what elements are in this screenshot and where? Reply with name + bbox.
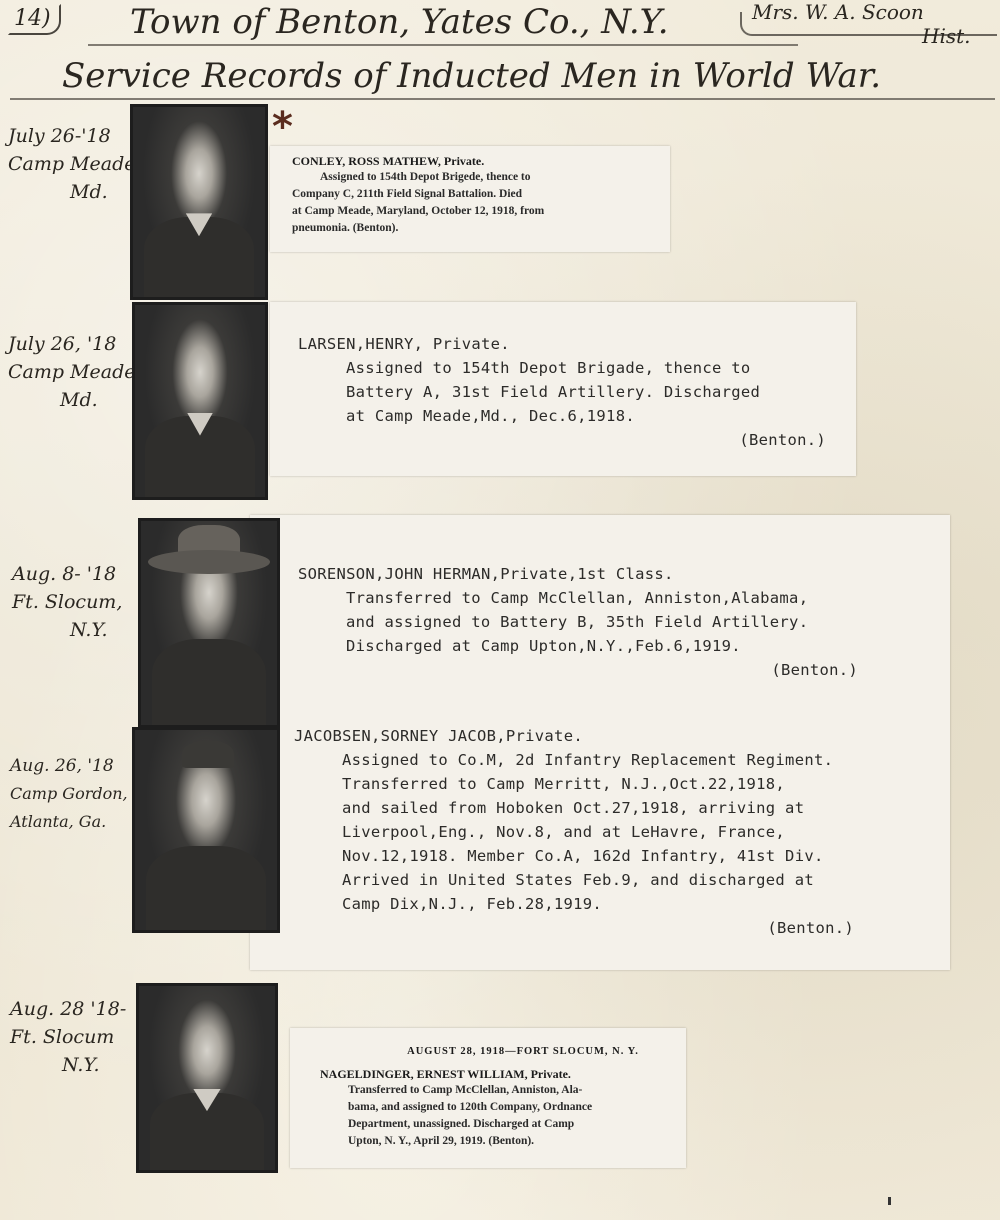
record-note-conley: July 26-'18 Camp Meade, Md. — [8, 122, 142, 206]
record-card-nageldinger: AUGUST 28, 1918—FORT SLOCUM, N. Y. NAGEL… — [290, 1028, 686, 1168]
note-camp: Ft. Slocum — [10, 1023, 126, 1051]
record-line: Assigned to 154th Depot Brigade, thence … — [298, 356, 856, 380]
record-name: JACOBSEN,SORNEY JACOB,Private. — [294, 724, 949, 748]
record-line: at Camp Meade,Md., Dec.6,1918. — [298, 404, 856, 428]
record-line: Transferred to Camp Merritt, N.J.,Oct.22… — [294, 772, 949, 796]
note-date: July 26, '18 — [8, 330, 142, 358]
record-line: Department, unassigned. Discharged at Ca… — [320, 1116, 686, 1133]
record-signature: (Benton.) — [294, 916, 949, 940]
note-date: Aug. 28 '18- — [10, 995, 126, 1023]
record-line: Arrived in United States Feb.9, and disc… — [294, 868, 949, 892]
record-name: NAGELDINGER, ERNEST WILLIAM, Private. — [320, 1067, 686, 1082]
portrait-photo-nageldinger — [136, 983, 278, 1173]
record-line: Liverpool,Eng., Nov.8, and at LeHavre, F… — [294, 820, 949, 844]
record-line: bama, and assigned to 120th Company, Ord… — [320, 1099, 686, 1116]
footer-mark — [888, 1197, 891, 1205]
page-title-records: Service Records of Inducted Men in World… — [62, 56, 881, 96]
note-camp: Camp Meade, — [8, 150, 142, 178]
record-line: at Camp Meade, Maryland, October 12, 191… — [292, 203, 670, 220]
record-card-larsen: LARSEN,HENRY, Private. Assigned to 154th… — [270, 302, 856, 476]
record-line: and assigned to Battery B, 35th Field Ar… — [298, 610, 948, 634]
record-line: Nov.12,1918. Member Co.A, 162d Infantry,… — [294, 844, 949, 868]
portrait-photo-jacobsen — [132, 727, 280, 933]
note-date: July 26-'18 — [8, 122, 142, 150]
record-name: SORENSON,JOHN HERMAN,Private,1st Class. — [298, 562, 948, 586]
note-state: Md. — [8, 178, 142, 206]
record-line: Upton, N. Y., April 29, 1919. (Benton). — [320, 1133, 686, 1150]
record-line: and sailed from Hoboken Oct.27,1918, arr… — [294, 796, 949, 820]
portrait-photo-conley — [130, 104, 268, 300]
record-dateline: AUGUST 28, 1918—FORT SLOCUM, N. Y. — [320, 1046, 686, 1057]
attribution-role: Hist. — [922, 24, 971, 48]
note-state: Atlanta, Ga. — [10, 808, 128, 836]
record-note-larsen: July 26, '18 Camp Meade, Md. — [8, 330, 142, 414]
note-state: N.Y. — [12, 616, 122, 644]
record-signature: (Benton.) — [298, 428, 856, 452]
note-camp: Camp Gordon, — [10, 780, 128, 808]
record-note-sorenson: Aug. 8- '18 Ft. Slocum, N.Y. — [12, 560, 122, 644]
asterisk-mark: * — [272, 104, 293, 150]
record-note-nageldinger: Aug. 28 '18- Ft. Slocum N.Y. — [10, 995, 126, 1079]
record-line: Transferred to Camp McClellan, Anniston,… — [298, 586, 948, 610]
record-line: Camp Dix,N.J., Feb.28,1919. — [294, 892, 949, 916]
title-underline — [88, 44, 798, 46]
page-title-town: Town of Benton, Yates Co., N.Y. — [130, 2, 669, 42]
note-camp: Camp Meade, — [8, 358, 142, 386]
record-name: CONLEY, ROSS MATHEW, Private. — [292, 154, 670, 169]
record-line: Discharged at Camp Upton,N.Y.,Feb.6,1919… — [298, 634, 948, 658]
page-number: 14) — [8, 4, 61, 35]
record-text-sorenson: SORENSON,JOHN HERMAN,Private,1st Class. … — [298, 562, 948, 682]
portrait-photo-larsen — [132, 302, 268, 500]
record-text-jacobsen: JACOBSEN,SORNEY JACOB,Private. Assigned … — [294, 724, 949, 940]
record-note-jacobsen: Aug. 26, '18 Camp Gordon, Atlanta, Ga. — [10, 752, 128, 836]
record-signature: (Benton.) — [298, 658, 948, 682]
note-state: Md. — [8, 386, 142, 414]
note-date: Aug. 8- '18 — [12, 560, 122, 588]
note-date: Aug. 26, '18 — [10, 752, 128, 780]
record-line: Assigned to 154th Depot Brigede, thence … — [292, 169, 670, 186]
note-camp: Ft. Slocum, — [12, 588, 122, 616]
record-line: Transferred to Camp McClellan, Anniston,… — [320, 1082, 686, 1099]
record-line: Assigned to Co.M, 2d Infantry Replacemen… — [294, 748, 949, 772]
record-name: LARSEN,HENRY, Private. — [298, 332, 856, 356]
note-state: N.Y. — [10, 1051, 126, 1079]
portrait-photo-sorenson — [138, 518, 280, 728]
record-line: Company C, 211th Field Signal Battalion.… — [292, 186, 670, 203]
attribution-author: Mrs. W. A. Scoon — [752, 0, 924, 24]
record-card-conley: CONLEY, ROSS MATHEW, Private. Assigned t… — [270, 146, 670, 252]
record-line: pneumonia. (Benton). — [292, 220, 670, 237]
record-line: Battery A, 31st Field Artillery. Dischar… — [298, 380, 856, 404]
header-divider — [10, 98, 995, 100]
